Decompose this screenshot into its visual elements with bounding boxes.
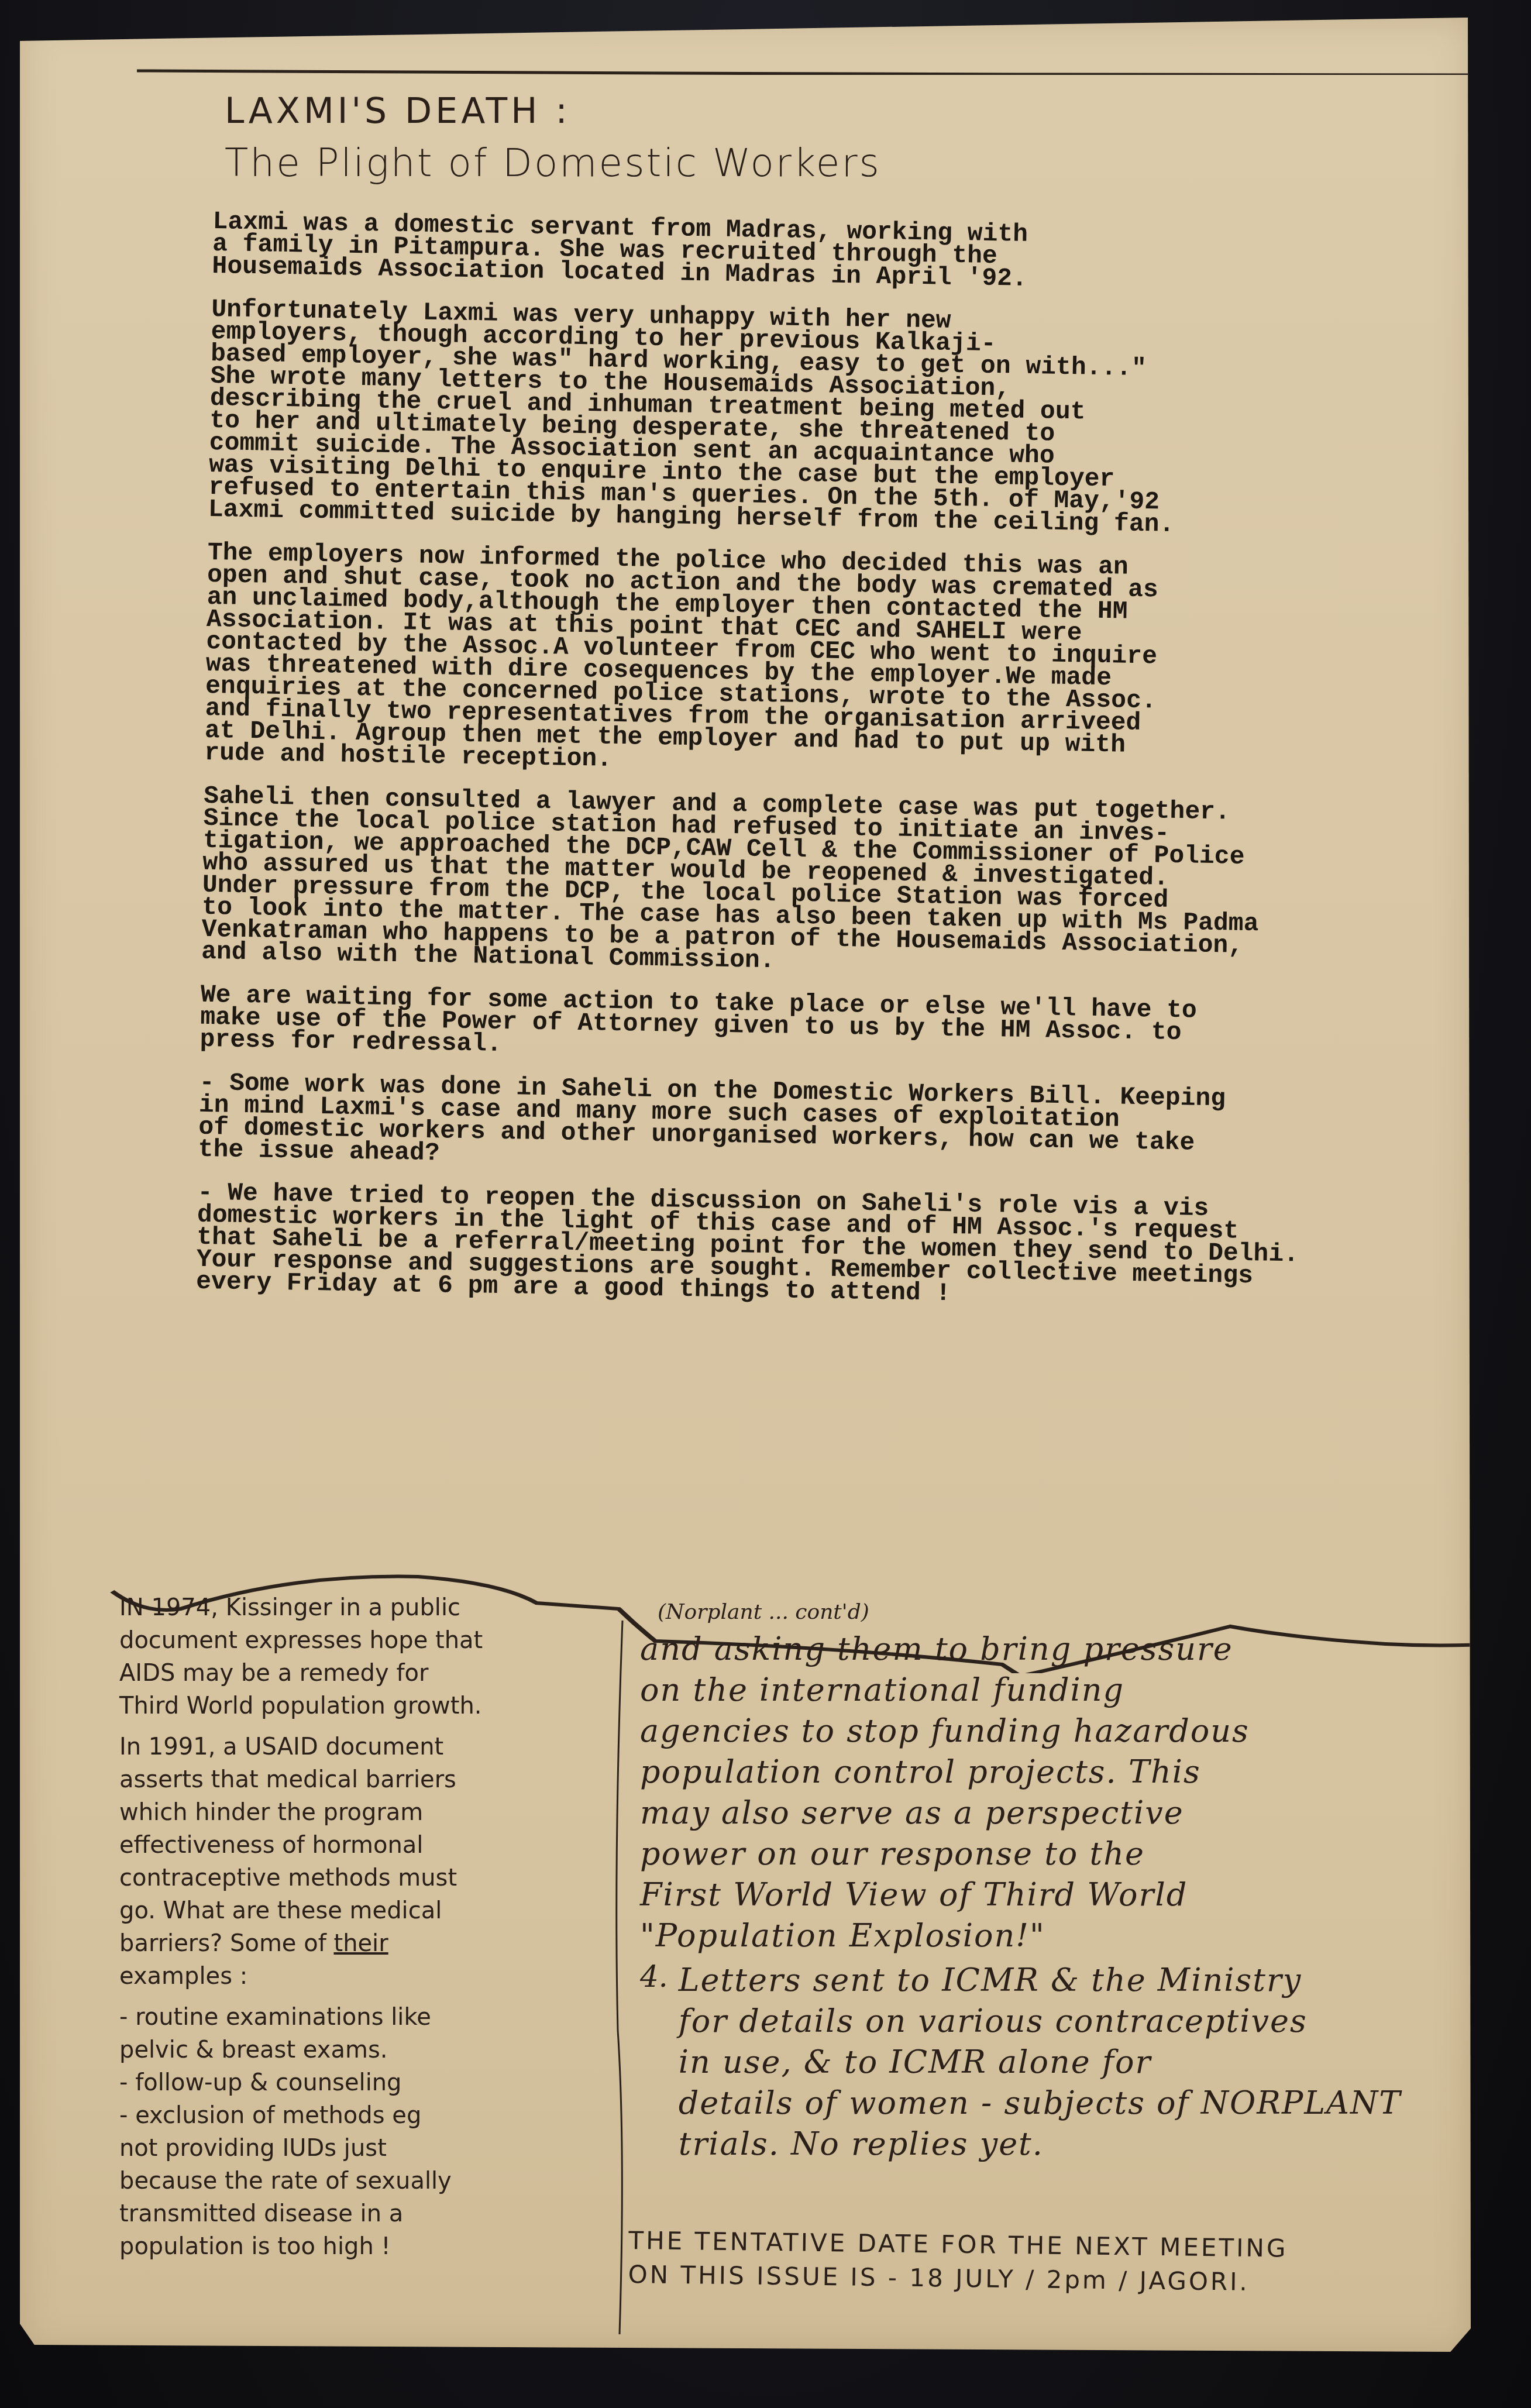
barrier-item: - exclusion of methods eg not providing …: [119, 2099, 617, 2263]
usaid-note-text: In 1991, a USAID document asserts that m…: [119, 1733, 457, 1957]
meeting-notice: THE TENTATIVE DATE FOR THE NEXT MEETING …: [628, 2224, 1494, 2302]
paragraph-lawyer: Saheli then consulted a lawyer and a com…: [201, 785, 1480, 983]
paragraph-bill: - Some work was done in Saheli on the Do…: [198, 1072, 1474, 1181]
paragraph-letters: Unfortunately Laxmi was very unhappy wit…: [208, 298, 1487, 541]
barrier-item: - routine examinations like pelvic & bre…: [119, 2001, 617, 2066]
usaid-note-tail: examples :: [119, 1963, 247, 1990]
numbered-item: 4. Letters sent to ICMR & the Ministry f…: [640, 1960, 1494, 2165]
usaid-note: In 1991, a USAID document asserts that m…: [119, 1731, 617, 1993]
heading-line-2: The Plight of Domestic Workers: [225, 140, 881, 185]
norplant-paragraph: and asking them to bring pressure on the…: [640, 1629, 1494, 1956]
left-box: IN 1974, Kissinger in a public document …: [119, 1591, 617, 2263]
document-page: LAXMI'S DEATH : The Plight of Domestic W…: [20, 18, 1471, 2352]
typed-body: Laxmi was a domestic servant from Madras…: [195, 211, 1488, 1334]
heading-line-1: LAXMI'S DEATH :: [225, 91, 571, 132]
paper-fold-line: [55, 18, 56, 2352]
paragraph-waiting: We are waiting for some action to take p…: [199, 984, 1476, 1071]
top-ink-rule: [137, 69, 1500, 75]
barrier-item: - follow-up & counseling: [119, 2066, 617, 2099]
item-text: Letters sent to ICMR & the Ministry for …: [679, 1960, 1402, 2165]
item-number: 4.: [640, 1960, 668, 2165]
right-box: (Norplant ... cont'd) and asking them to…: [640, 1600, 1494, 2165]
underlined-word: their: [333, 1930, 388, 1957]
paragraph-discussion: - We have tried to reopen the discussion…: [196, 1182, 1473, 1313]
kissinger-note: IN 1974, Kissinger in a public document …: [119, 1591, 617, 1722]
continued-label: (Norplant ... cont'd): [658, 1600, 1494, 1624]
paragraph-intro: Laxmi was a domestic servant from Madras…: [212, 211, 1488, 297]
paragraph-police: The employers now informed the police wh…: [204, 542, 1483, 784]
